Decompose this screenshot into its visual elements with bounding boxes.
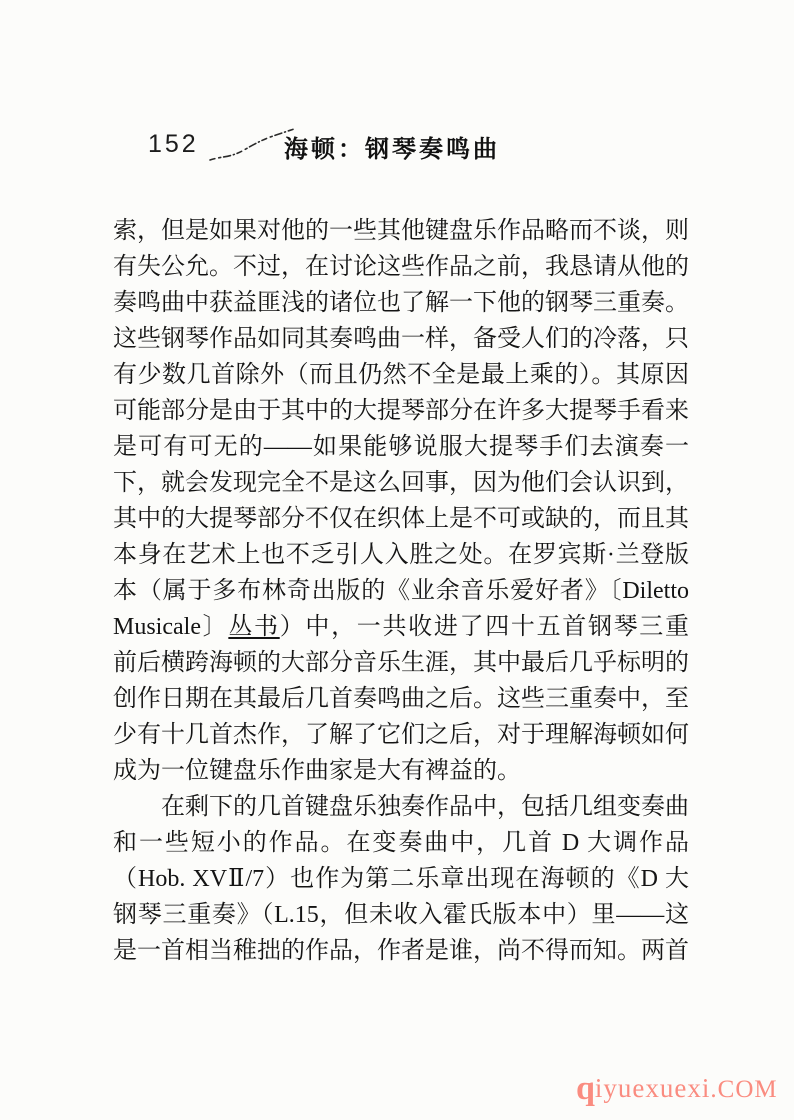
watermark-name: iyuexuexi <box>595 1073 710 1103</box>
text-line: 可能部分是由于其中的大提琴部分在许多大提琴手看来 <box>113 393 689 429</box>
text-line: （Hob. XVⅡ/7）也作为第二乐章出现在海顿的《D 大调 <box>113 861 689 897</box>
site-watermark: qiyuexuexi.COM <box>576 1070 786 1110</box>
text-line: 是可有可无的——如果能够说服大提琴手们去演奏一 <box>113 429 689 465</box>
text-line: 索，但是如果对他的一些其他键盘乐作品略而不谈，则 <box>113 213 689 249</box>
page-number: 152 <box>148 130 199 159</box>
text-line: 钢琴三重奏》（L.15，但未收入霍氏版本中）里——这 <box>113 897 689 933</box>
underlined-term: 丛书 <box>228 614 279 640</box>
text-line: 成为一位键盘乐作曲家是大有裨益的。 <box>113 753 689 789</box>
text-line: 本（属于多布林奇出版的《业余音乐爱好者》〔Diletto <box>113 573 689 609</box>
text-line: 这些钢琴作品如同其奏鸣曲一样，备受人们的冷落，只 <box>113 321 689 357</box>
watermark-q: q <box>576 1070 595 1107</box>
paragraph-2: 在剩下的几首键盘乐独奏作品中，包括几组变奏曲 和一些短小的作品。在变奏曲中，几首… <box>113 789 689 969</box>
text-segment: Musicale〕 <box>113 614 228 640</box>
text-line: 本身在艺术上也不乏引人入胜之处。在罗宾斯·兰登版 <box>113 537 689 573</box>
text-line: 有少数几首除外（而且仍然不全是最上乘的）。其原因 <box>113 357 689 393</box>
text-line: 创作日期在其最后几首奏鸣曲之后。这些三重奏中，至 <box>113 681 689 717</box>
paragraph-1: 索，但是如果对他的一些其他键盘乐作品略而不谈，则 有失公允。不过，在讨论这些作品… <box>113 213 689 789</box>
page-header: 152 海顿：钢琴奏鸣曲 <box>0 126 794 166</box>
text-line: 少有十几首杰作，了解了它们之后，对于理解海顿如何 <box>113 717 689 753</box>
scanned-book-page: 152 海顿：钢琴奏鸣曲 索，但是如果对他的一些其他键盘乐作品略而不谈，则 有失… <box>0 0 794 1120</box>
text-line: 和一些短小的作品。在变奏曲中，几首 D 大调作品 <box>113 825 689 861</box>
text-line: 有失公允。不过，在讨论这些作品之前，我恳请从他的 <box>113 249 689 285</box>
body-text: 索，但是如果对他的一些其他键盘乐作品略而不谈，则 有失公允。不过，在讨论这些作品… <box>113 213 689 969</box>
text-line: Musicale〕丛书）中，一共收进了四十五首钢琴三重奏， <box>113 609 689 645</box>
text-line: 前后横跨海顿的大部分音乐生涯，其中最后几乎标明的 <box>113 645 689 681</box>
watermark-domain: .COM <box>710 1076 777 1103</box>
text-line: 下，就会发现完全不是这么回事，因为他们会认识到， <box>113 465 689 501</box>
text-line: 在剩下的几首键盘乐独奏作品中，包括几组变奏曲 <box>113 789 689 825</box>
book-running-title: 海顿：钢琴奏鸣曲 <box>284 129 500 164</box>
text-line: 奏鸣曲中获益匪浅的诸位也了解一下他的钢琴三重奏。 <box>113 285 689 321</box>
text-line: 是一首相当稚拙的作品，作者是谁，尚不得而知。两首 <box>113 933 689 969</box>
text-line: 其中的大提琴部分不仅在织体上是不可或缺的，而且其 <box>113 501 689 537</box>
